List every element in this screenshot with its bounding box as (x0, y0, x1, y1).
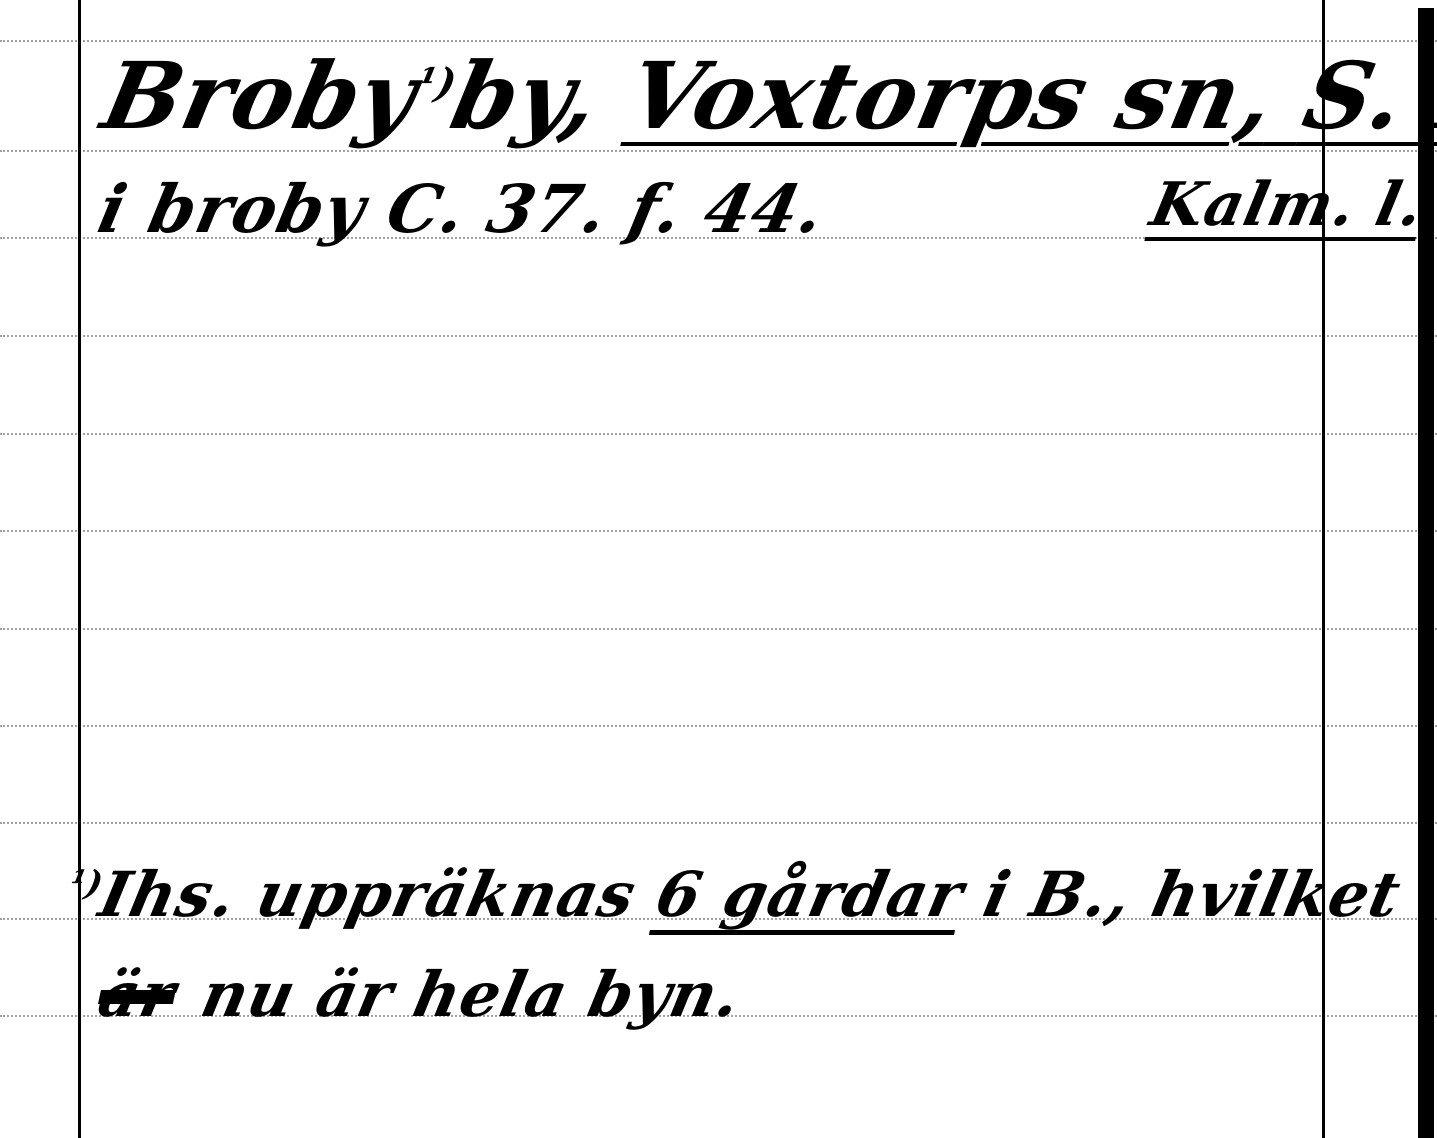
place-type: by, (442, 42, 609, 150)
archive-card: Broby¹)by, Voxtorps sn, S. Möre hd, i br… (0, 0, 1437, 1138)
struck-word: är (92, 958, 182, 1031)
footnote-line-2: ärnu är hela byn. (92, 958, 747, 1031)
parish-name: Voxtorps sn, S. Möre hd, (619, 42, 1437, 150)
footnote-line-1: ¹)Ihs. uppräknas 6 gårdar i B., hvilket (60, 858, 1407, 931)
ruled-line (0, 335, 1437, 337)
footnote-text: Ihs. uppräknas (93, 858, 642, 931)
footnote-underlined-text: 6 gårdar (650, 858, 971, 931)
left-margin-line (78, 0, 81, 1138)
ruled-line (0, 725, 1437, 727)
county-label: Kalm. l. (1145, 170, 1431, 240)
ruled-line (0, 628, 1437, 630)
ruled-line (0, 530, 1437, 532)
footnote-text: i B., hvilket (977, 858, 1407, 931)
footnote-text: nu är hela byn. (195, 958, 748, 1031)
archive-reference: i broby C. 37. f. 44. (92, 170, 832, 248)
ruled-line (0, 433, 1437, 435)
ruled-line (0, 150, 1437, 152)
card-heading: Broby¹)by, Voxtorps sn, S. Möre hd, (94, 42, 1437, 150)
ruled-line (0, 822, 1437, 824)
place-name: Broby (94, 42, 427, 150)
